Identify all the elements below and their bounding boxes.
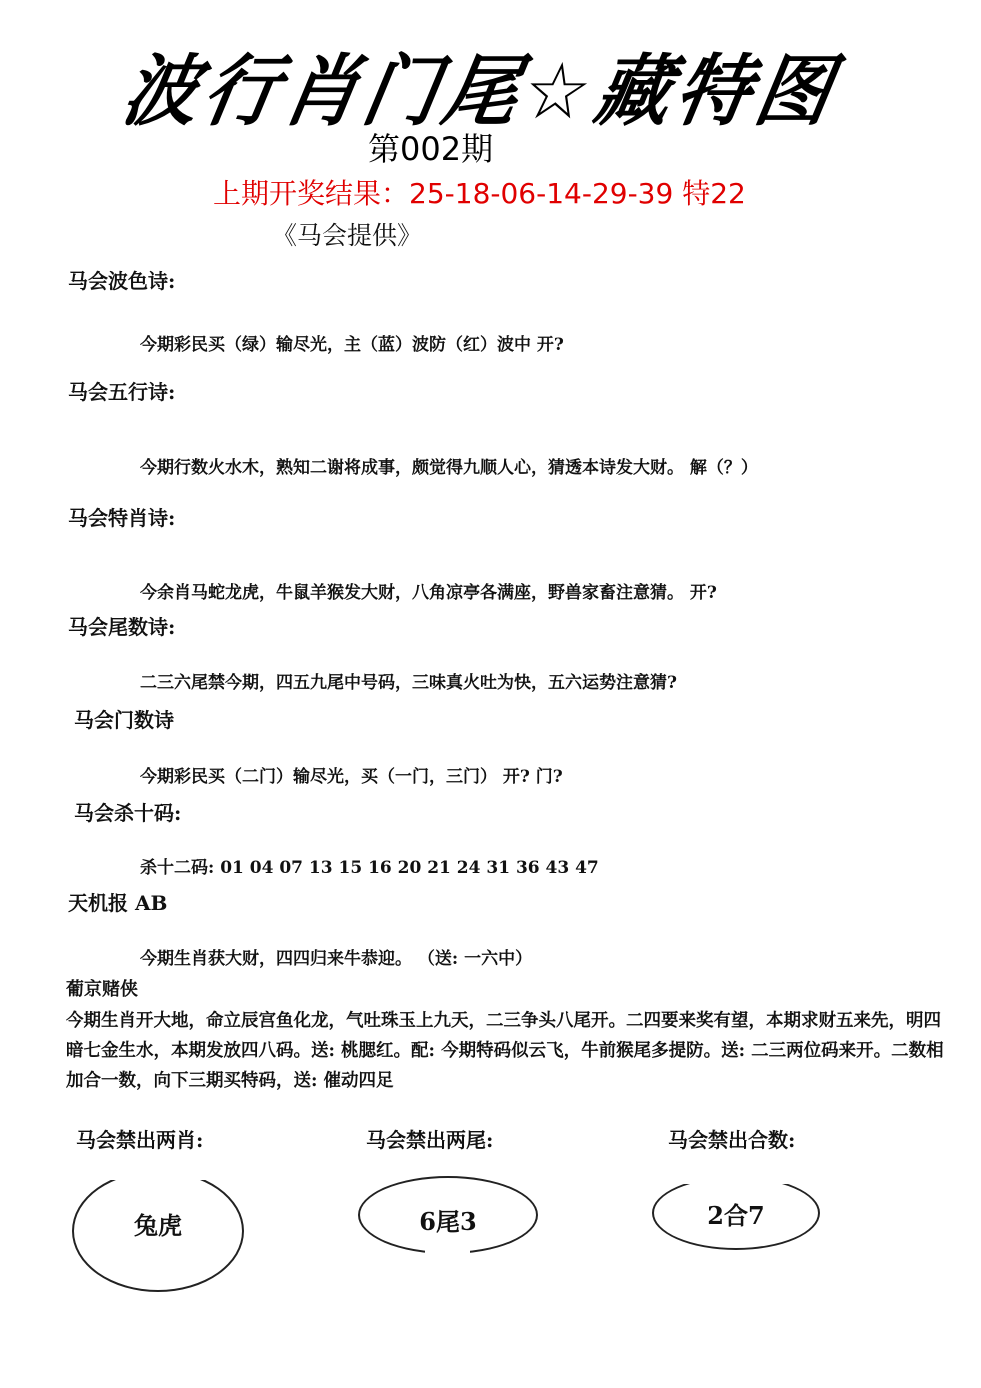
- pujing-text: 今期生肖开大地，命立辰宫鱼化龙，气吐珠玉上九天，二三争头八尾开。二四要来奖有望，…: [66, 1006, 946, 1096]
- section-label-five-elements: 马会五行诗:: [68, 376, 175, 405]
- section-text-wave-color: 今期彩民买（绿）输尽光，主（蓝）波防（红）波中 开?: [140, 330, 564, 355]
- ban-label-sum: 马会禁出合数:: [668, 1124, 795, 1153]
- ban-tail-value: 6尾3: [419, 1202, 476, 1237]
- section-text-door-number: 今期彩民买（二门）输尽光，买（一门，三门） 开? 门?: [140, 762, 563, 787]
- last-result-special: 特22: [682, 177, 746, 210]
- last-result-label: 上期开奖结果：: [213, 177, 409, 210]
- ban-label-tail: 马会禁出两尾:: [366, 1124, 493, 1153]
- ban-tail-ellipse: 6尾3: [358, 1176, 538, 1254]
- section-text-kill-ten: 杀十二码: 01 04 07 13 15 16 20 21 24 31 36 4…: [140, 853, 599, 878]
- source-label: 《马会提供》: [272, 216, 422, 252]
- section-label-wave-color: 马会波色诗:: [68, 265, 175, 294]
- section-label-tianji: 天机报 AB: [68, 887, 167, 916]
- section-label-kill-ten: 马会杀十码:: [74, 797, 181, 826]
- section-label-tail-number: 马会尾数诗:: [68, 611, 175, 640]
- section-text-tianji: 今期生肖获大财，四四归来牛恭迎。 （送: 一六中）: [140, 944, 532, 969]
- section-label-door-number: 马会门数诗: [74, 704, 174, 733]
- pujing-label: 葡京赌侠: [66, 975, 138, 1001]
- ban-sum-value: 2合7: [707, 1196, 764, 1231]
- issue-number: 第002期: [368, 124, 493, 170]
- last-result-numbers: 25-18-06-14-29-39: [409, 177, 673, 210]
- section-text-tail-number: 二三六尾禁今期，四五九尾中号码，三味真火吐为快，五六运势注意猜?: [140, 668, 677, 693]
- ban-zodiac-ellipse: 兔虎: [72, 1170, 244, 1292]
- ban-zodiac-value: 兔虎: [134, 1206, 182, 1241]
- section-text-five-elements: 今期行数火水木，熟知二谢将成事，颇觉得九顺人心，猜透本诗发大财。 解（？）: [140, 453, 758, 478]
- ban-label-zodiac: 马会禁出两肖:: [76, 1124, 203, 1153]
- last-result: 上期开奖结果：25-18-06-14-29-39 特22: [213, 172, 746, 212]
- section-label-zodiac: 马会特肖诗:: [68, 502, 175, 531]
- ban-sum-ellipse: 2合7: [652, 1176, 820, 1250]
- section-text-zodiac: 今余肖马蛇龙虎，牛鼠羊猴发大财，八角凉亭各满座，野兽家畜注意猜。 开?: [140, 578, 717, 603]
